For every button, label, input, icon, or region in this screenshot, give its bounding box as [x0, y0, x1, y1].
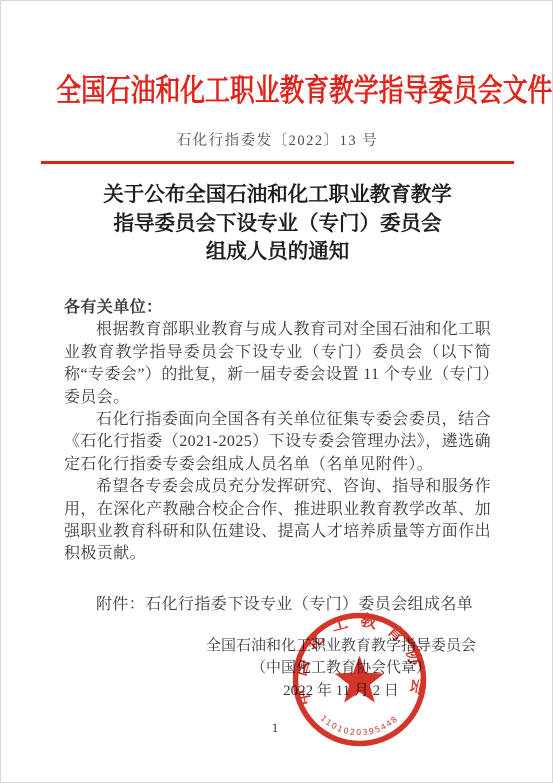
- salutation: 各有关单位：: [64, 297, 491, 319]
- document-page: 全国石油和化工职业教育教学指导委员会文件 石化行指委发〔2022〕13 号 关于…: [0, 0, 553, 783]
- document-number: 石化行指委发〔2022〕13 号: [1, 129, 553, 150]
- document-body: 各有关单位： 根据教育部职业教育与成人教育司对全国石油和化工职业教育教学指导委员…: [64, 297, 491, 616]
- page-number: 1: [1, 720, 549, 736]
- red-header-title: 全国石油和化工职业教育教学指导委员会文件: [56, 65, 498, 110]
- body-paragraph-1: 根据教育部职业教育与成人教育司对全国石油和化工职业教育教学指导委员会下设专业（专…: [64, 319, 491, 409]
- notice-title-line-1: 关于公布全国石油和化工职业教育教学: [1, 181, 553, 210]
- notice-title: 关于公布全国石油和化工职业教育教学 指导委员会下设专业（专门）委员会 组成人员的…: [1, 181, 553, 267]
- red-divider-rule: [41, 161, 514, 164]
- seal-star-icon: [335, 656, 384, 703]
- body-paragraph-2: 石化行指委面向全国各有关单位征集专委会委员，结合《石化行指委（2021-2025…: [64, 409, 491, 476]
- body-paragraph-3: 希望各专委会成员充分发挥研究、咨询、指导和服务作用，在深化产教融合校企合作、推进…: [64, 476, 491, 566]
- notice-title-line-3: 组成人员的通知: [1, 238, 553, 267]
- notice-title-line-2: 指导委员会下设专业（专门）委员会: [1, 210, 553, 239]
